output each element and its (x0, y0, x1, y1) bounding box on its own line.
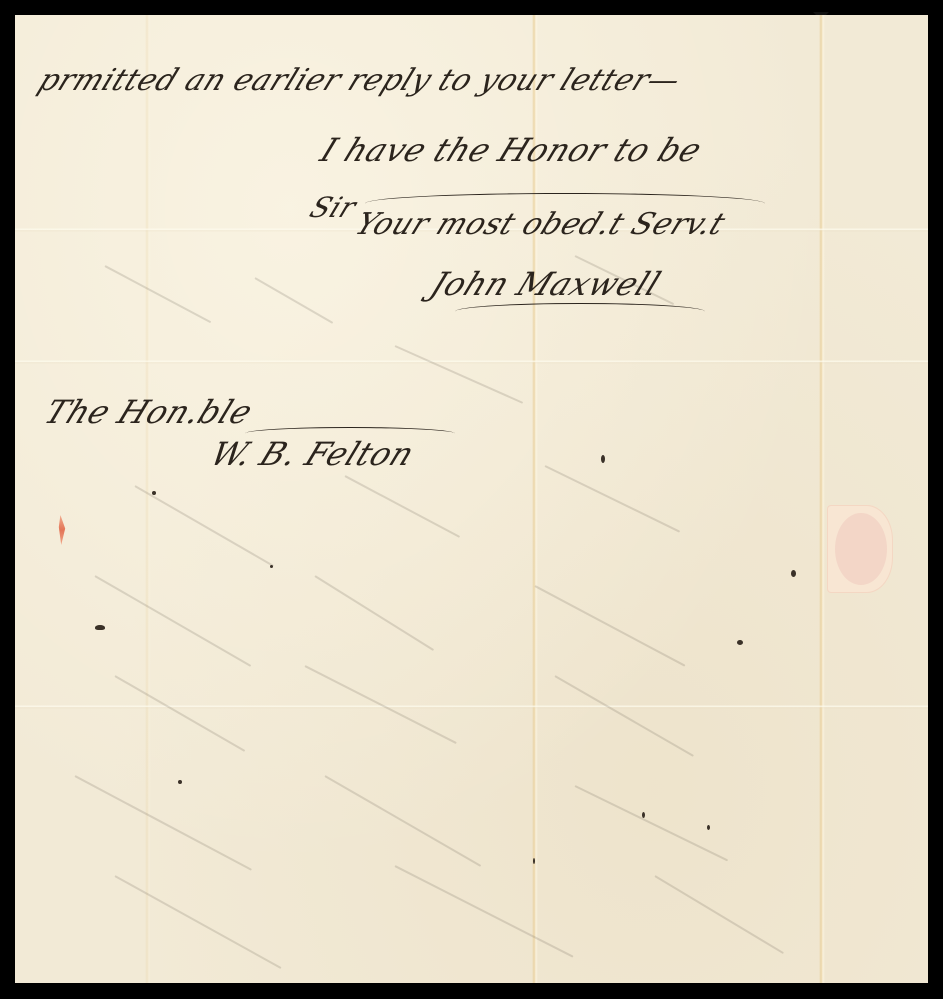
fold-line-vertical (145, 15, 151, 983)
wax-seal-remnant (827, 505, 893, 593)
honor-line: I have the Honor to be (315, 131, 708, 169)
fold-line-vertical (819, 15, 825, 983)
salutation-sir: Sir (305, 191, 361, 224)
letter-page: prmitted an earlier reply to your letter… (15, 15, 928, 983)
closing-fragment-line: prmitted an earlier reply to your letter… (33, 63, 686, 98)
valediction-flourish (365, 193, 765, 214)
signature: John Maxwell (425, 265, 667, 303)
address-flourish (245, 427, 455, 440)
address-title: The Hon.ble (39, 393, 259, 431)
address-name: W. B. Felton (205, 435, 420, 473)
fold-line-horizontal (15, 705, 928, 709)
fold-line-horizontal (15, 360, 928, 364)
signature-underline (455, 303, 705, 320)
red-ink-mark (58, 515, 66, 545)
seal-circle (835, 513, 887, 585)
